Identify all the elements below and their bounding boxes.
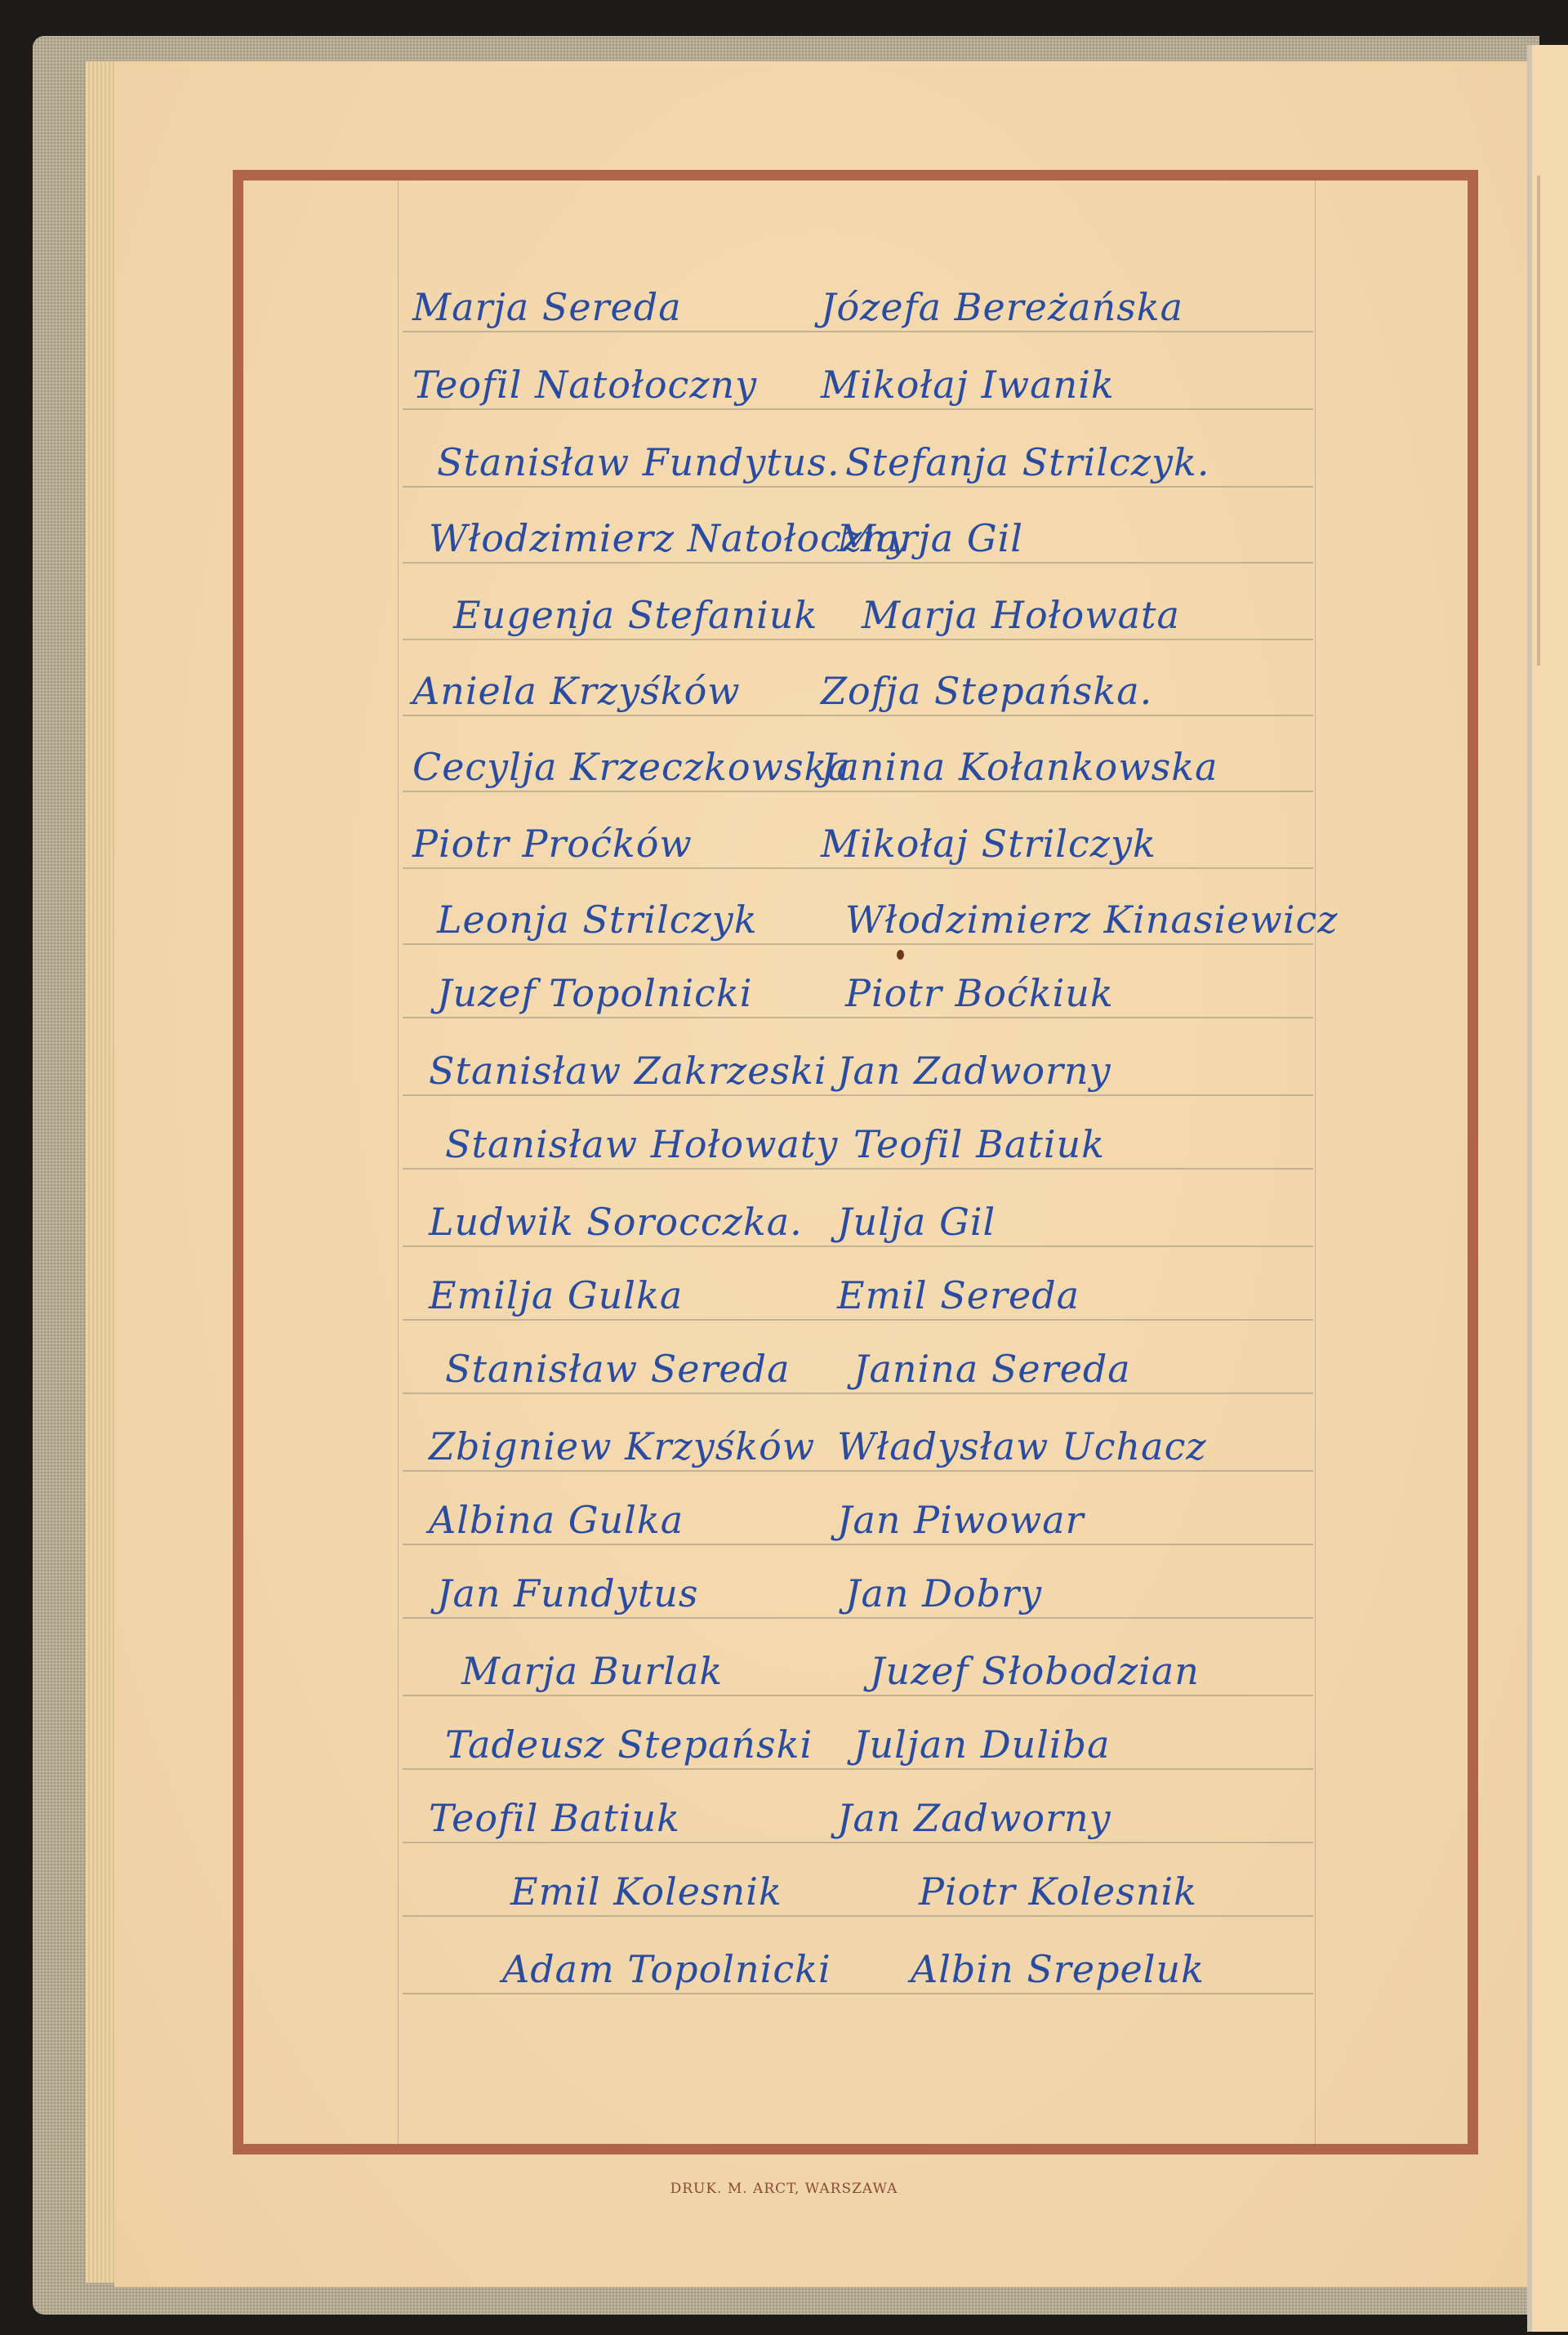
list-item: Juzef TopolnickiPiotr Boćkiuk [437,971,1352,1015]
name-right: Marja Hołowata [862,593,1180,637]
next-page-edge [1527,45,1568,2332]
name-right: Jan Zadworny [837,1049,1111,1093]
ruled-line [403,1168,1313,1170]
name-left: Stanisław Fundytus. [437,440,845,484]
name-right: Władysław Uchacz [837,1424,1207,1468]
list-item: Emil KolesnikPiotr Kolesnik [510,1869,1425,1914]
name-right: Mikołaj Strilczyk [821,822,1156,866]
list-item: Cecylja KrzeczkowskaJanina Kołankowska [412,745,1327,789]
name-right: Teofil Batiuk [853,1122,1105,1166]
name-right: Julja Gil [837,1200,996,1244]
name-left: Aniela Krzyśków [412,669,821,713]
name-left: Tadeusz Stepański [445,1722,853,1767]
name-right: Włodzimierz Kinasiewicz [845,898,1338,942]
name-left: Emil Kolesnik [510,1869,919,1914]
name-left: Zbigniew Krzyśków [429,1424,837,1468]
name-left: Marja Burlak [461,1649,870,1693]
ruled-line [403,1768,1313,1770]
left-margin-line [398,180,399,2148]
name-left: Leonja Strilczyk [437,898,845,942]
name-right: Józefa Bereżańska [821,285,1183,329]
ruled-line [403,1915,1313,1917]
ruled-line [403,408,1313,410]
ruled-line [403,1695,1313,1696]
ruled-line [403,1245,1313,1247]
list-item: Tadeusz StepańskiJuljan Duliba [445,1722,1360,1767]
ruled-line [403,1993,1313,1994]
name-left: Adam Topolnicki [502,1947,911,1991]
ruled-line [403,331,1313,332]
ruled-line [403,1544,1313,1545]
name-left: Teofil Natołoczny [412,363,821,407]
name-left: Juzef Topolnicki [437,971,845,1015]
list-item: Adam TopolnickiAlbin Srepeluk [502,1947,1417,1991]
list-item: Jan FundytusJan Dobry [437,1571,1352,1615]
ornament-fragment [1537,176,1568,666]
ink-spot [897,950,904,960]
list-item: Aniela KrzyśkówZofja Stepańska. [412,669,1327,713]
name-right: Jan Piwowar [837,1498,1085,1542]
name-left: Teofil Batiuk [429,1796,837,1840]
name-right: Marja Gil [837,516,1023,560]
ruled-line [403,486,1313,488]
list-item: Ludwik Sorocczka.Julja Gil [429,1200,1343,1244]
list-item: Leonja StrilczykWłodzimierz Kinasiewicz [437,898,1352,942]
name-left: Albina Gulka [429,1498,837,1542]
list-item: Stanisław HołowatyTeofil Batiuk [445,1122,1360,1166]
list-item: Marja BurlakJuzef Słobodzian [461,1649,1376,1693]
list-item: Teofil NatołocznyMikołaj Iwanik [412,363,1327,407]
list-item: Eugenja StefaniukMarja Hołowata [453,593,1368,637]
name-left: Marja Sereda [412,285,821,329]
ruled-line [403,715,1313,716]
ruled-line [403,1319,1313,1321]
name-left: Stanisław Sereda [445,1347,853,1391]
list-item: Zbigniew KrzyśkówWładysław Uchacz [429,1424,1343,1468]
ruled-line [403,943,1313,945]
name-left: Emilja Gulka [429,1273,837,1317]
name-left: Eugenja Stefaniuk [453,593,862,637]
ruled-line [403,1017,1313,1018]
ruled-line [403,562,1313,564]
ruled-line [403,1617,1313,1619]
ruled-line [403,1094,1313,1096]
name-left: Piotr Proćków [412,822,821,866]
name-right: Piotr Boćkiuk [845,971,1114,1015]
list-item: Piotr ProćkówMikołaj Strilczyk [412,822,1327,866]
name-right: Janina Sereda [853,1347,1131,1391]
name-right: Janina Kołankowska [821,745,1218,789]
name-left: Jan Fundytus [437,1571,845,1615]
ruled-line [403,867,1313,869]
name-right: Zofja Stepańska. [821,669,1152,713]
ruled-line [403,1470,1313,1472]
list-item: Stanisław Fundytus.Stefanja Strilczyk. [437,440,1352,484]
list-item: Marja SeredaJózefa Bereżańska [412,285,1327,329]
ruled-line [403,1842,1313,1843]
name-left: Włodzimierz Natołoczny [429,516,837,560]
ruled-line [403,1393,1313,1394]
name-right: Juljan Duliba [853,1722,1111,1767]
name-left: Ludwik Sorocczka. [429,1200,837,1244]
list-item: Stanisław SeredaJanina Sereda [445,1347,1360,1391]
name-left: Stanisław Zakrzeski [429,1049,837,1093]
list-item: Teofil BatiukJan Zadworny [429,1796,1343,1840]
name-right: Mikołaj Iwanik [821,363,1115,407]
name-right: Stefanja Strilczyk. [845,440,1210,484]
list-item: Stanisław ZakrzeskiJan Zadworny [429,1049,1343,1093]
name-right: Juzef Słobodzian [870,1649,1200,1693]
list-item: Emilja GulkaEmil Sereda [429,1273,1343,1317]
name-left: Stanisław Hołowaty [445,1122,853,1166]
name-right: Albin Srepeluk [911,1947,1205,1991]
name-left: Cecylja Krzeczkowska [412,745,821,789]
name-right: Emil Sereda [837,1273,1080,1317]
printer-imprint: DRUK. M. ARCT, WARSZAWA [0,2181,1568,2197]
name-right: Jan Zadworny [837,1796,1111,1840]
list-item: Włodzimierz NatołocznyMarja Gil [429,516,1343,560]
name-right: Piotr Kolesnik [919,1869,1197,1914]
list-item: Albina GulkaJan Piwowar [429,1498,1343,1542]
ruled-line [403,791,1313,792]
ruled-line [403,639,1313,640]
name-right: Jan Dobry [845,1571,1042,1615]
